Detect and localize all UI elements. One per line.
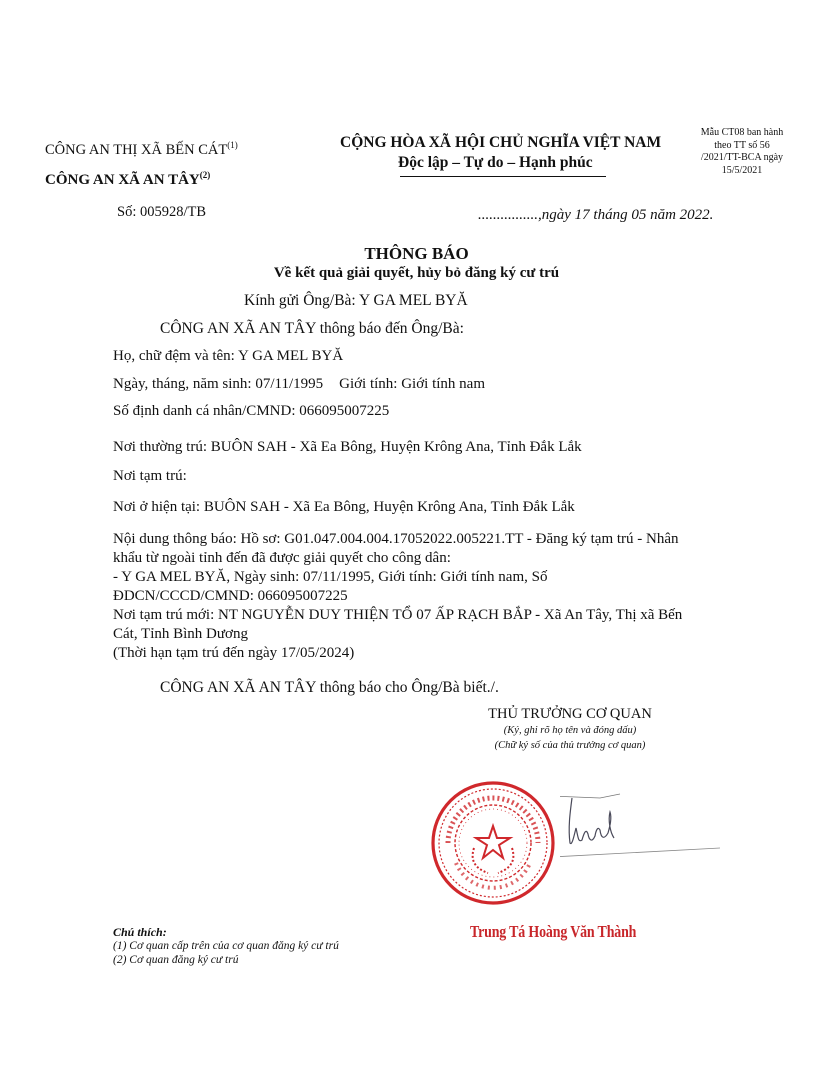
- issuing-agency: CÔNG AN XÃ AN TÂY(2): [45, 172, 210, 189]
- issue-date: ................,ngày 17 tháng 05 năm 20…: [478, 207, 713, 224]
- form-note-line: theo TT số 56: [692, 140, 792, 153]
- handwritten-signature-icon: [560, 788, 720, 878]
- signer-name: Trung Tá Hoàng Văn Thành: [470, 922, 636, 942]
- parent-agency-name: CÔNG AN THỊ XÃ BẾN CÁT: [45, 142, 227, 158]
- official-seal-icon: [428, 778, 558, 908]
- nation-title: CỘNG HÒA XÃ HỘI CHỦ NGHĨA VIỆT NAM: [340, 134, 661, 152]
- content-line: Cát, Tỉnh Bình Dương: [113, 625, 733, 644]
- field-current-residence: Nơi ở hiện tại: BUÔN SAH - Xã Ea Bông, H…: [113, 499, 575, 516]
- field-permanent-residence: Nơi thường trú: BUÔN SAH - Xã Ea Bông, H…: [113, 439, 582, 456]
- field-temporary-residence: Nơi tạm trú:: [113, 468, 187, 485]
- field-dob-gender: Ngày, tháng, năm sinh: 07/11/1995Giới tí…: [113, 376, 485, 393]
- footnote-item: (2) Cơ quan đăng ký cư trú: [113, 954, 238, 966]
- issuing-agency-name: CÔNG AN XÃ AN TÂY: [45, 172, 200, 188]
- content-line: Nơi tạm trú mới: NT NGUYỄN DUY THIỆN TỔ …: [113, 606, 733, 625]
- form-note-line: /2021/TT-BCA ngày: [692, 152, 792, 165]
- national-motto: Độc lập – Tự do – Hạnh phúc: [398, 154, 593, 172]
- field-dob: Ngày, tháng, năm sinh: 07/11/1995: [113, 376, 323, 392]
- footnote-ref-2: (2): [200, 170, 211, 180]
- notice-title: THÔNG BÁO: [0, 244, 833, 264]
- content-line: Nội dung thông báo: Hồ sơ: G01.047.004.0…: [113, 530, 733, 549]
- form-note-line: 15/5/2021: [692, 165, 792, 178]
- signatory-note-digital: (Chữ ký số của thủ trưởng cơ quan): [440, 740, 700, 751]
- content-line: (Thời hạn tạm trú đến ngày 17/05/2024): [113, 644, 733, 663]
- document-number: Số: 005928/TB: [117, 204, 206, 221]
- content-line: ĐDCN/CCCD/CMND: 066095007225: [113, 587, 733, 606]
- salutation: Kính gửi Ông/Bà: Y GA MEL BYĂ: [244, 292, 468, 310]
- closing-line: CÔNG AN XÃ AN TÂY thông báo cho Ông/Bà b…: [160, 679, 499, 697]
- intro-line: CÔNG AN XÃ AN TÂY thông báo đến Ông/Bà:: [160, 320, 464, 338]
- signatory-title: THỦ TRƯỞNG CƠ QUAN: [440, 706, 700, 723]
- signatory-note: (Ký, ghi rõ họ tên và đóng dấu): [440, 725, 700, 736]
- footnote-ref-1: (1): [227, 140, 238, 150]
- motto-underline: [400, 176, 606, 177]
- content-line: khẩu từ ngoài tỉnh đến đã được giải quyế…: [113, 549, 733, 568]
- content-line: - Y GA MEL BYĂ, Ngày sinh: 07/11/1995, G…: [113, 568, 733, 587]
- parent-agency: CÔNG AN THỊ XÃ BẾN CÁT(1): [45, 142, 238, 159]
- form-note-line: Mẫu CT08 ban hành: [692, 127, 792, 140]
- notice-content: Nội dung thông báo: Hồ sơ: G01.047.004.0…: [113, 530, 733, 663]
- field-gender: Giới tính: Giới tính nam: [339, 376, 485, 392]
- field-id-number: Số định danh cá nhân/CMND: 066095007225: [113, 403, 389, 420]
- notice-subtitle: Về kết quả giải quyết, hủy bỏ đăng ký cư…: [0, 265, 833, 282]
- footnotes-title: Chú thích:: [113, 925, 167, 940]
- form-template-note: Mẫu CT08 ban hành theo TT số 56 /2021/TT…: [692, 127, 792, 177]
- footnote-item: (1) Cơ quan cấp trên của cơ quan đăng ký…: [113, 940, 339, 952]
- field-full-name: Họ, chữ đệm và tên: Y GA MEL BYĂ: [113, 348, 343, 365]
